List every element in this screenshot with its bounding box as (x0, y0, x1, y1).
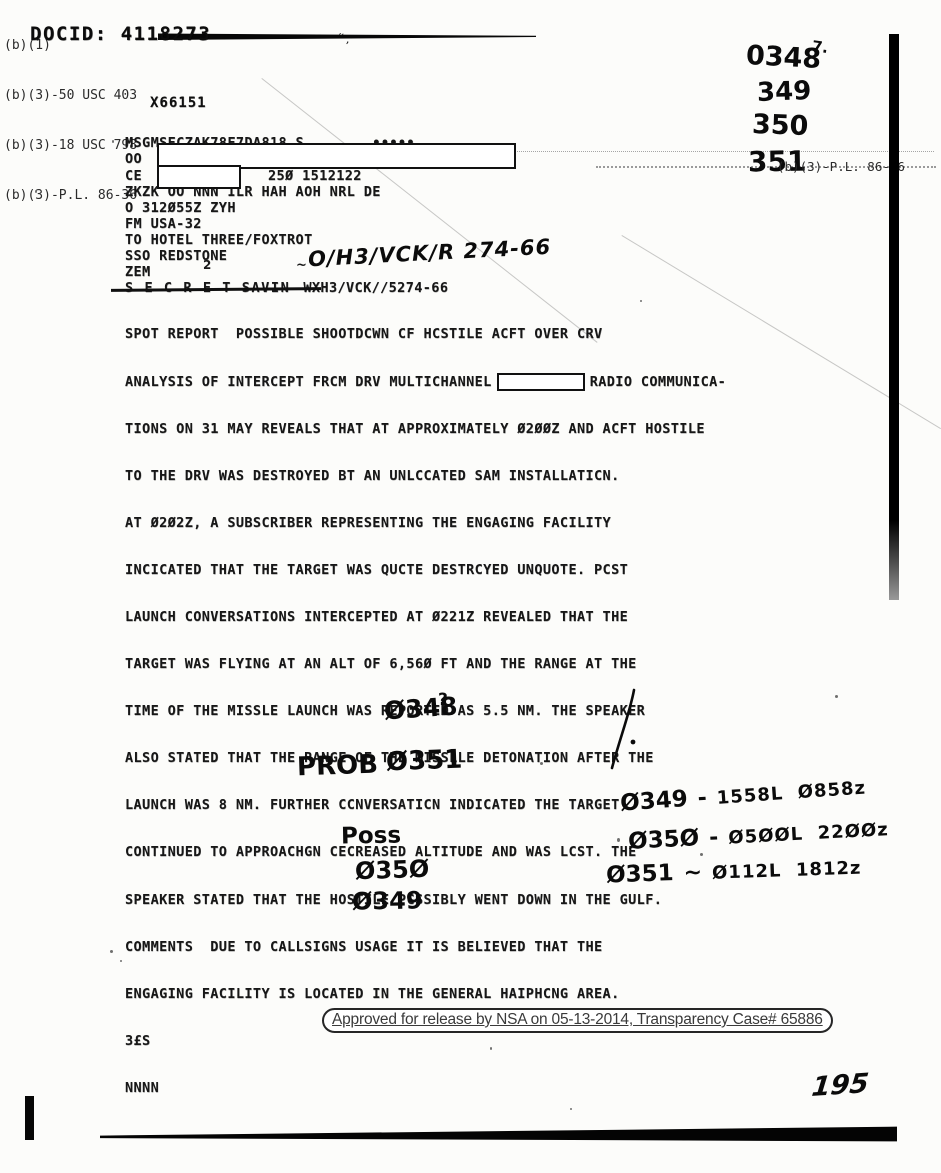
scan-noise (540, 762, 543, 765)
body-line: AT Ø2Ø2Z, A SUBSCRIBER REPRESENTING THE … (125, 516, 726, 532)
to-line: TO HOTEL THREE/FOXTROT (125, 233, 313, 249)
handwritten-poss-value: Ø349 (352, 886, 423, 915)
exemption-line: (b)(3)-50 USC 403 (4, 88, 137, 105)
body-line: COMMENTS DUE TO CALLSIGNS USAGE IT IS BE… (125, 940, 726, 956)
handwritten-number-350: 350 (751, 109, 808, 142)
right-edge-bar (889, 34, 899, 600)
body-line: INCICATED THAT THE TARGET WAS QUCTE DEST… (125, 563, 726, 579)
docid-stamp: DOCID: 4118273 (30, 23, 211, 45)
message-serial: WXH3/VCK//5274-66 (303, 281, 448, 297)
body-text: RADIO COMMUNICA- (590, 375, 726, 391)
reference-serial: X66151 (150, 95, 207, 111)
scan-noise (617, 838, 620, 842)
dtg-value: 25Ø 1512122 (268, 169, 362, 185)
dash: - (697, 786, 708, 812)
exemption-line: (b)(3)-18 USC 798 (4, 138, 137, 155)
body-line: LAUNCH CONVERSATIONS INTERCEPTED AT Ø221… (125, 610, 726, 626)
handwritten-poss-label: Poss (341, 822, 401, 849)
zem-line: ZEM (125, 265, 151, 281)
dash: - (709, 825, 719, 850)
pen-stroke (600, 686, 644, 776)
scan-noise (120, 960, 122, 962)
body-end-marker: 3£S (125, 1034, 726, 1050)
sortie-id: Ø349 (619, 786, 688, 817)
body-text: ANALYSIS OF INTERCEPT FRCM DRV MULTICHAN… (125, 375, 492, 391)
release-stamp-text: Approved for release by NSA on 05-13-201… (332, 1011, 823, 1028)
redaction-box (497, 373, 585, 391)
sortie-times: 1558L Ø858z (716, 777, 867, 808)
body-line: ENGAGING FACILITY IS LOCATED IN THE GENE… (125, 987, 726, 1003)
sso-line: SSO REDSTONE (125, 249, 227, 265)
page-number: 195 (810, 1068, 870, 1103)
exemption-line: (b)(3)-P.L. 86-36 (4, 188, 137, 205)
redaction-box (157, 165, 241, 189)
precedence-oo: OO (125, 152, 142, 168)
left-edge-mark (25, 1096, 34, 1140)
body-line: SPEAKER STATED THAT THE HOSTILE PCSSIBLY… (125, 893, 726, 909)
sortie-id: Ø351 (606, 860, 674, 888)
handwritten-prob-label: PROB (297, 750, 379, 783)
body-line: SPOT REPORT POSSIBLE SHOOTDCWN CF HCSTIL… (125, 327, 726, 343)
precedence-ce: CE (125, 169, 142, 185)
body-line: TO THE DRV WAS DESTROYED BT AN UNLCCATED… (125, 469, 726, 485)
scan-noise (700, 853, 703, 856)
handwritten-question-mark: ? (438, 690, 448, 710)
stray-pen-mark: 2 (203, 258, 211, 272)
dash: ~ (683, 860, 702, 886)
scan-noise (570, 1108, 572, 1110)
stray-pen-mark: ~ (296, 258, 307, 273)
sortie-id: Ø35Ø (627, 825, 699, 855)
sortie-times: Ø5ØØL 22ØØz (728, 819, 889, 848)
bottom-edge-bar (100, 1126, 897, 1142)
handwritten-number-0348: 0348 (745, 40, 822, 75)
exemption-right: (b)(3)-P.L. 86-36 (777, 159, 905, 174)
scan-noise (490, 1047, 492, 1050)
dotted-leader-line (514, 151, 934, 152)
handwritten-number-349: 349 (756, 76, 811, 108)
handwritten-reference: O/H3/VCK/R 274-66 (308, 235, 552, 272)
handwritten-mark: 7. (811, 37, 829, 57)
from-line: FM USA-32 (125, 217, 202, 233)
sortie-times: Ø112L 1812z (712, 858, 862, 884)
stray-pen-marks: ′′ , (337, 31, 351, 46)
release-stamp: Approved for release by NSA on 05-13-201… (322, 1008, 833, 1033)
body-end-nnnn: NNNN (125, 1081, 726, 1097)
document-scan-page: (b)(1) (b)(3)-50 USC 403 (b)(3)-18 USC 7… (0, 0, 941, 1173)
body-line: TIONS ON 31 MAY REVEALS THAT AT APPROXIM… (125, 422, 726, 438)
scan-noise (640, 300, 642, 302)
scan-noise (35, 190, 37, 193)
handwritten-poss-value: Ø35Ø (355, 855, 430, 886)
dtg-line: O 312Ø55Z ZYH (125, 201, 236, 217)
handwritten-prob-value: Ø351 (385, 745, 462, 778)
body-line-with-redaction: ANALYSIS OF INTERCEPT FRCM DRV MULTICHAN… (125, 375, 726, 391)
scan-noise (110, 950, 113, 953)
scan-noise (835, 695, 838, 698)
body-line: TARGET WAS FLYING AT AN ALT OF 6,56Ø FT … (125, 657, 726, 673)
scan-noise (112, 140, 114, 143)
